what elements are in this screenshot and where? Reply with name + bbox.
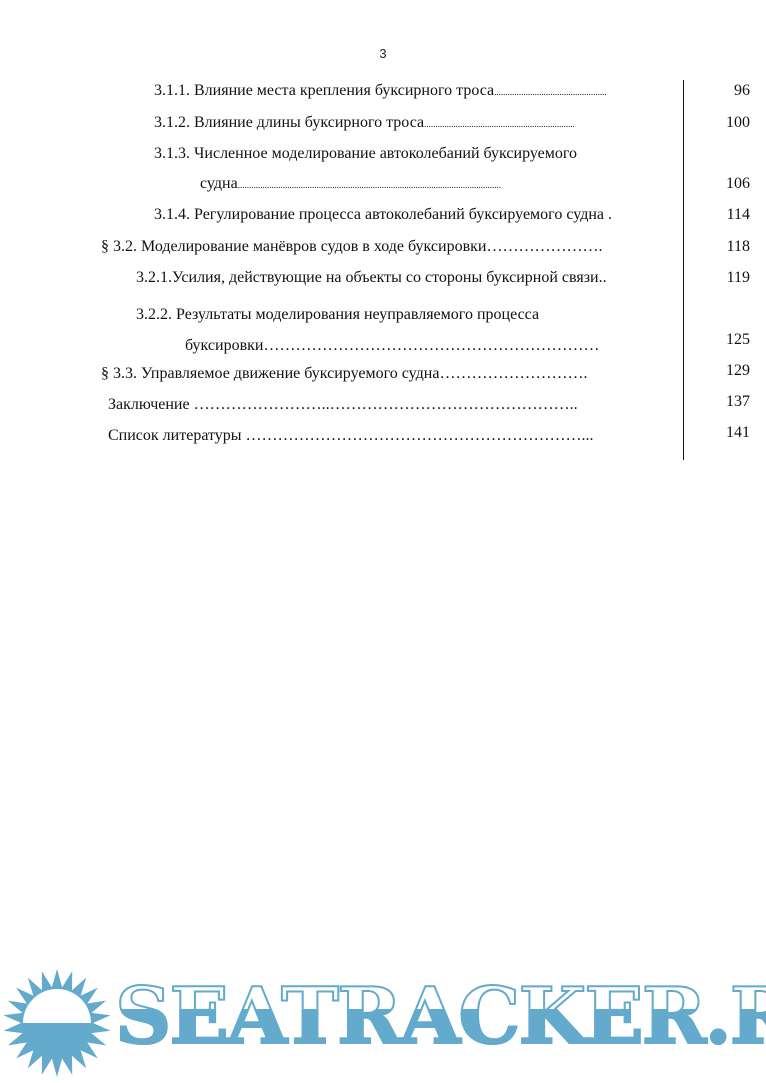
- toc-entry-label: 3.1.3. Численное моделирование автоколеб…: [154, 145, 577, 162]
- toc-entry-label: судна: [200, 175, 238, 192]
- toc-entry-label: 3.1.1. Влияние места крепления буксирног…: [154, 82, 494, 99]
- watermark-text: SEATRACKER.RU: [115, 972, 766, 1062]
- sun-icon: [0, 968, 115, 1078]
- toc-entry-leader: ……………………….: [439, 365, 587, 382]
- toc-entry-page: 118: [694, 237, 750, 257]
- toc-entry-page: 114: [694, 205, 750, 225]
- toc-entry-leader: ........................................…: [494, 87, 607, 97]
- toc-entry-leader: ………………….: [486, 238, 602, 255]
- toc-entry-label: 3.1.2. Влияние длины буксирного троса: [154, 114, 424, 131]
- toc-entry-label: Список литературы: [108, 427, 246, 444]
- watermark-logo: SEATRACKER.RU: [0, 968, 766, 1078]
- toc-entry-page: 125: [694, 330, 750, 350]
- toc-entry-page: 100: [694, 113, 750, 133]
- toc-entry-label: 3.1.4. Регулирование процесса автоколеба…: [154, 206, 604, 223]
- toc-entry-leader: ………………………………………………………...: [246, 427, 594, 444]
- toc-entry-page: 137: [694, 392, 750, 412]
- toc-entry-page: 119: [694, 268, 750, 288]
- toc-entry-label: буксировки: [185, 337, 263, 354]
- toc-entry-page: 141: [694, 423, 750, 443]
- toc-entry-page: 96: [694, 81, 750, 101]
- toc-entry-leader: ……………………..………………………………………..: [194, 396, 578, 413]
- toc-entry-page: 129: [694, 361, 750, 381]
- toc-entry-leader: ........................................…: [424, 119, 575, 129]
- toc-entry-leader: ………………………………………………………: [263, 337, 599, 354]
- toc-entry-label: 3.2.2. Результаты моделирования неуправл…: [136, 306, 539, 323]
- page-number: 3: [0, 46, 766, 61]
- toc-entry-leader: ..: [599, 269, 607, 286]
- toc-entry-leader: .: [604, 206, 612, 223]
- toc-entry-label: Заключение: [108, 396, 194, 413]
- toc-entry-label: 3.2.1.Усилия, действующие на объекты со …: [136, 269, 599, 286]
- toc-entry-page: 106: [694, 174, 750, 194]
- toc-entry-label: § 3.3. Управляемое движение буксируемого…: [101, 365, 439, 382]
- page-column-divider: [683, 80, 684, 460]
- toc-entry-leader: ........................................…: [238, 180, 501, 190]
- toc-entry-label: § 3.2. Моделирование манёвров судов в хо…: [101, 238, 486, 255]
